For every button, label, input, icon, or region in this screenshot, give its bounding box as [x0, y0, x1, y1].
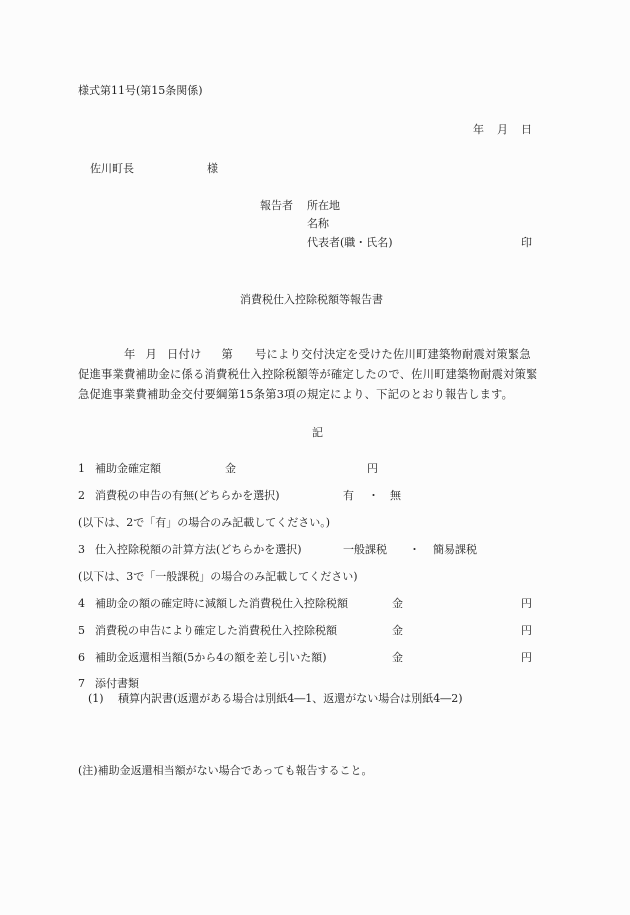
item-4-label: 補助金の額の確定時に減額した消費税仕入控除税額 [95, 597, 348, 611]
document-title: 消費税仕入控除税額等報告書 [240, 293, 383, 307]
note-2: (以下は、2で「有」の場合のみ記載してください。) [78, 516, 330, 530]
body-line-1-rest: 号により交付決定を受けた佐川町建築物耐震対策緊急 [255, 348, 531, 361]
item-5-kin: 金 [392, 624, 403, 638]
item-3-option-simplified[interactable]: 簡易課税 [433, 543, 477, 557]
item-6-label: 補助金返還相当額(5から4の額を差し引いた額) [95, 651, 327, 665]
reporter-name-label: 名称 [307, 217, 329, 231]
item-7-sub-number: (1) [88, 692, 104, 706]
item-1-number: 1 [78, 462, 85, 476]
item-7-label: 添付書類 [95, 677, 139, 691]
item-2-number: 2 [78, 489, 85, 503]
reporter-label: 報告者 [260, 199, 293, 213]
item-4-kin: 金 [392, 597, 403, 611]
item-2-option-yes[interactable]: 有 [343, 489, 354, 503]
date-month: 月 [497, 123, 508, 137]
form-number: 様式第11号(第15条関係) [78, 84, 203, 98]
note-3: (以下は、3で「一般課税」の場合のみ記載してください) [78, 570, 358, 584]
footnote: (注)補助金返還相当額がない場合であっても報告すること。 [78, 764, 372, 778]
body-line-1: 年月日付け第号により交付決定を受けた佐川町建築物耐震対策緊急 [78, 345, 558, 365]
item-2-option-no[interactable]: 無 [390, 489, 401, 503]
item-3-label: 仕入控除税額の計算方法(どちらかを選択) [95, 543, 302, 557]
item-3-number: 3 [78, 543, 85, 557]
seal-mark: 印 [521, 236, 532, 250]
item-4-number: 4 [78, 597, 85, 611]
item-6-kin: 金 [392, 651, 403, 665]
body-paragraph: 年月日付け第号により交付決定を受けた佐川町建築物耐震対策緊急 促進事業費補助金に… [78, 345, 558, 405]
reporter-representative-label: 代表者(職・氏名) [307, 236, 393, 250]
reporter-address-label: 所在地 [307, 199, 340, 213]
body-month: 月 [146, 348, 158, 361]
item-7-sub-label: 積算内訳書(返還がある場合は別紙4―1、返還がない場合は別紙4―2) [118, 692, 463, 706]
ki-heading: 記 [312, 426, 323, 440]
item-7-number: 7 [78, 677, 85, 691]
item-5-yen: 円 [521, 624, 532, 638]
item-4-yen: 円 [521, 597, 532, 611]
item-2-separator: ・ [368, 489, 379, 503]
body-year: 年 [124, 348, 136, 361]
body-number-prefix: 第 [222, 348, 234, 361]
item-1-yen: 円 [367, 462, 378, 476]
body-line-2: 促進事業費補助金に係る消費税仕入控除税額等が確定したので、佐川町建築物耐震対策緊 [78, 365, 558, 385]
item-2-label: 消費税の申告の有無(どちらかを選択) [95, 489, 280, 503]
item-3-separator: ・ [409, 543, 420, 557]
body-line-3: 急促進事業費補助金交付要綱第15条第3項の規定により、下記のとおり報告します。 [78, 385, 558, 405]
item-5-number: 5 [78, 624, 85, 638]
item-6-number: 6 [78, 651, 85, 665]
item-3-option-general[interactable]: 一般課税 [343, 543, 387, 557]
item-1-kin: 金 [225, 462, 236, 476]
item-1-label: 補助金確定額 [95, 462, 161, 476]
date-day: 日 [521, 123, 532, 137]
item-5-label: 消費税の申告により確定した消費税仕入控除税額 [95, 624, 337, 638]
body-day: 日付け [167, 348, 202, 361]
item-6-yen: 円 [521, 651, 532, 665]
date-year: 年 [473, 123, 484, 137]
addressee-honorific: 様 [207, 162, 218, 176]
addressee: 佐川町長 [90, 162, 134, 176]
